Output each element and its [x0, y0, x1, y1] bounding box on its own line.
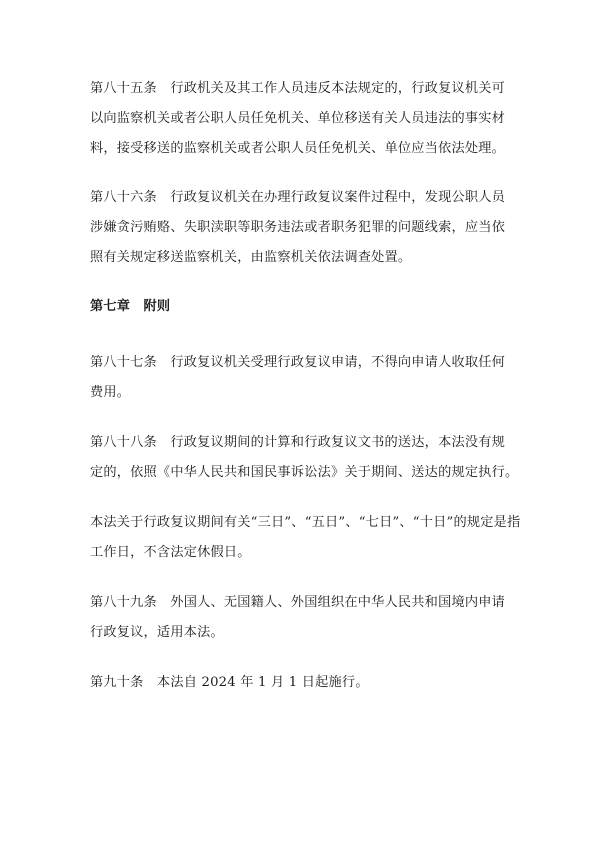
- article-88-paragraph-2: 本法关于行政复议期间有关“三日”、“五日”、“七日”、“十日”的规定是指 工作日…: [90, 508, 515, 568]
- article-88: 第八十八条 行政复议期间的计算和行政复议文书的送达，本法没有规 定的，依照《中华…: [90, 428, 515, 488]
- article-85: 第八十五条 行政机关及其工作人员违反本法规定的，行政复议机关可 以向监察机关或者…: [90, 74, 515, 164]
- text-line: 本法关于行政复议期间有关“三日”、“五日”、“七日”、“十日”的规定是指: [90, 508, 515, 538]
- text-line: 第八十九条 外国人、无国籍人、外国组织在中华人民共和国境内申请: [90, 588, 515, 618]
- text-line: 料，接受移送的监察机关或者公职人员任免机关、单位应当依法处理。: [90, 134, 515, 164]
- article-89: 第八十九条 外国人、无国籍人、外国组织在中华人民共和国境内申请 行政复议，适用本…: [90, 588, 515, 648]
- text-line: 定的，依照《中华人民共和国民事诉讼法》关于期间、送达的规定执行。: [90, 458, 515, 488]
- chapter-heading: 第七章 附则: [90, 292, 515, 322]
- text-line: 照有关规定移送监察机关，由监察机关依法调查处置。: [90, 243, 515, 273]
- article-90: 第九十条 本法自 2024 年 1 月 1 日起施行。: [90, 668, 515, 698]
- text-line: 以向监察机关或者公职人员任免机关、单位移送有关人员违法的事实材: [90, 104, 515, 134]
- text-line: 第八十五条 行政机关及其工作人员违反本法规定的，行政复议机关可: [90, 74, 515, 104]
- chapter-title: 第七章 附则: [90, 292, 515, 322]
- text-line: 第八十七条 行政复议机关受理行政复议申请，不得向申请人收取任何: [90, 348, 515, 378]
- text-line: 第八十六条 行政复议机关在办理行政复议案件过程中，发现公职人员: [90, 183, 515, 213]
- text-line: 费用。: [90, 378, 515, 408]
- text-line: 行政复议，适用本法。: [90, 618, 515, 648]
- article-87: 第八十七条 行政复议机关受理行政复议申请，不得向申请人收取任何 费用。: [90, 348, 515, 408]
- text-line: 工作日，不含法定休假日。: [90, 538, 515, 568]
- text-line: 第八十八条 行政复议期间的计算和行政复议文书的送达，本法没有规: [90, 428, 515, 458]
- text-line: 第九十条 本法自 2024 年 1 月 1 日起施行。: [90, 668, 515, 698]
- article-86: 第八十六条 行政复议机关在办理行政复议案件过程中，发现公职人员 涉嫌贪污贿赂、失…: [90, 183, 515, 273]
- text-line: 涉嫌贪污贿赂、失职渎职等职务违法或者职务犯罪的问题线索，应当依: [90, 213, 515, 243]
